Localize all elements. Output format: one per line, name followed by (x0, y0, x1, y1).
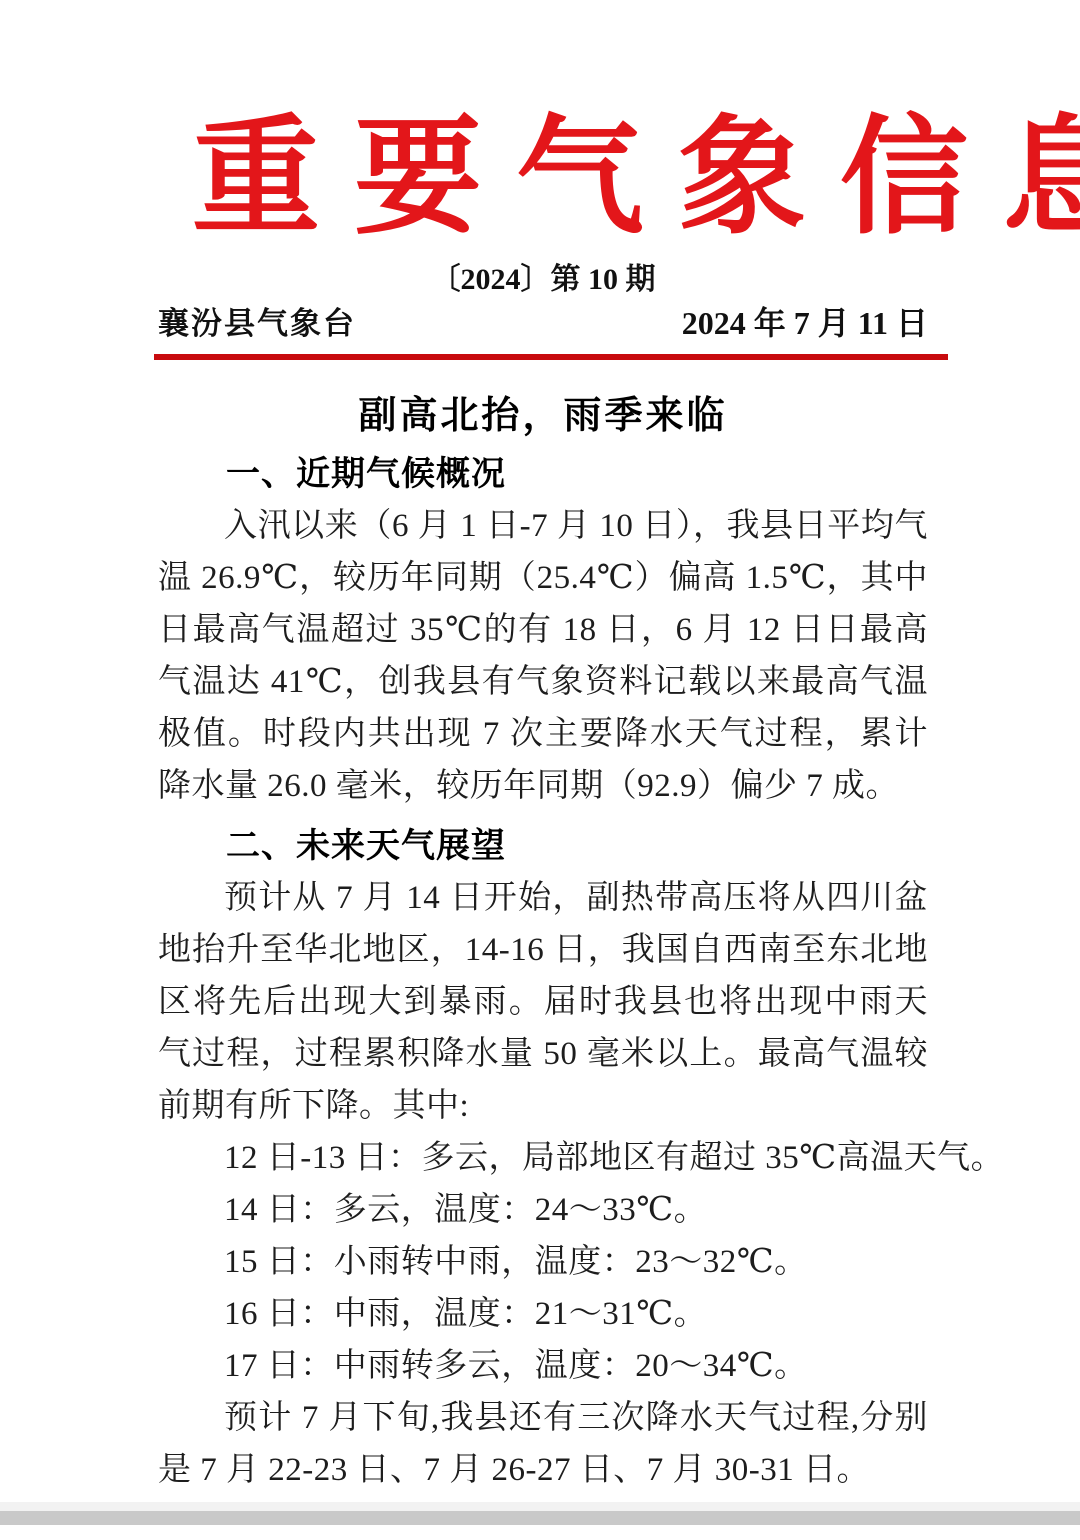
section-2-heading: 二、未来天气展望 (158, 820, 928, 872)
forecast-line-17: 17 日：中雨转多云，温度：20～34℃。 (158, 1340, 928, 1392)
forecast-line-12-13: 12 日-13 日：多云，局部地区有超过 35℃高温天气。 (158, 1132, 928, 1184)
issuer-name: 襄汾县气象台 (158, 304, 356, 344)
red-divider-rule (154, 354, 948, 360)
forecast-line-16: 16 日：中雨，温度：21～31℃。 (158, 1288, 928, 1340)
document-title: 副高北抬，雨季来临 (158, 392, 928, 440)
bottom-light-strip (0, 1502, 1080, 1511)
section-1-paragraph: 入汛以来（6 月 1 日-7 月 10 日），我县日平均气温 26.9℃，较历年… (158, 500, 928, 812)
issue-date: 2024 年 7 月 11 日 (682, 303, 928, 343)
forecast-line-15: 15 日：小雨转中雨，温度：23～32℃。 (158, 1236, 928, 1288)
forecast-line-14: 14 日：多云，温度：24～33℃。 (158, 1184, 928, 1236)
section-2-paragraph: 预计从 7 月 14 日开始，副热带高压将从四川盆地抬升至华北地区，14-16 … (158, 872, 928, 1132)
issue-number: 〔2024〕第 10 期 (158, 261, 928, 299)
bottom-gray-bar (0, 1511, 1080, 1525)
masthead-title: 重要气象信息 (158, 112, 928, 245)
section-1-heading: 一、近期气候概况 (158, 448, 928, 500)
issuer-date-row: 襄汾县气象台 2024 年 7 月 11 日 (158, 303, 928, 344)
closing-paragraph: 预计 7 月下旬,我县还有三次降水天气过程,分别是 7 月 22-23 日、7 … (158, 1392, 928, 1496)
weather-bulletin-page: 重要气象信息 〔2024〕第 10 期 襄汾县气象台 2024 年 7 月 11… (0, 0, 1080, 1496)
